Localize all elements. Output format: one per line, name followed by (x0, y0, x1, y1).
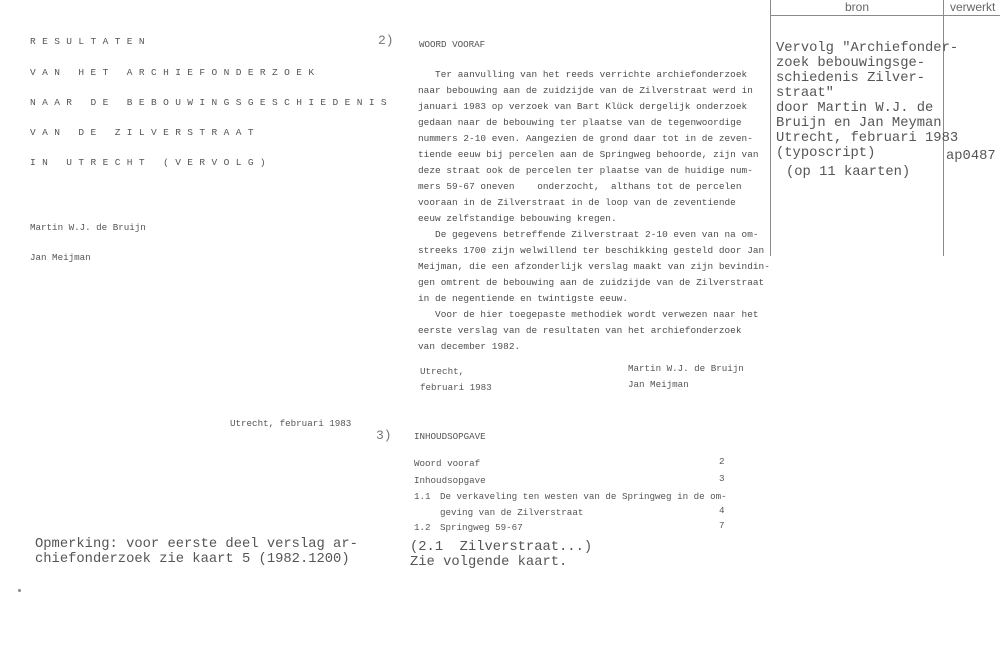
toc-entry-title: Springweg 59-67 (440, 522, 523, 533)
toc-entry-title: geving van de Zilverstraat (440, 507, 583, 518)
place-date: Utrecht, februari 1983 (230, 418, 351, 429)
author-name: Martin W.J. de Bruijn (30, 222, 146, 233)
processed-code: ap0487 (946, 150, 996, 165)
text-line: eeuw zelfstandige bebouwing kregen. (418, 213, 617, 224)
toc-entry-number: 1.2 (414, 522, 431, 533)
author-name: Jan Meijman (30, 252, 91, 263)
toc-entry-title: De verkaveling ten westen van de Springw… (440, 491, 727, 502)
text-line: gedaan naar de bebouwing ter plaatse van… (418, 117, 742, 128)
title-line: RESULTATEN (30, 36, 151, 47)
source-line: Bruijn en Jan Meyman (776, 117, 942, 132)
title-line: VAN HET ARCHIEFONDERZOEK (30, 67, 320, 78)
text-line: gen omtrent de bebouwing aan de zuidzijd… (418, 277, 764, 288)
section-heading: WOORD VOORAF (419, 39, 485, 50)
signature-place: Utrecht, (420, 366, 464, 377)
text-line: De gegevens betreffende Zilverstraat 2-1… (418, 229, 759, 240)
source-line: straat" (776, 87, 834, 102)
text-line: tiende eeuw bij percelen aan de Springwe… (418, 149, 759, 160)
toc-entry-title: Inhoudsopgave (414, 475, 486, 486)
text-line: van december 1982. (418, 341, 520, 352)
page-marker: 2) (378, 33, 394, 48)
source-line: door Martin W.J. de (776, 102, 933, 117)
section-heading: INHOUDSOPGAVE (414, 431, 486, 442)
toc-entry-page: 4 (719, 505, 725, 516)
toc-entry-page: 2 (719, 456, 725, 467)
table-header-rule (770, 15, 1000, 16)
text-line: Meijman, die een afzonderlijk verslag ma… (418, 261, 770, 272)
text-line: Ter aanvulling van het reeds verrichte a… (418, 69, 747, 80)
toc-entry-number: 1.1 (414, 491, 431, 502)
title-line: IN UTRECHT (VERVOLG) (30, 157, 272, 168)
text-line: streeks 1700 zijn welwillend ter beschik… (418, 245, 764, 256)
column-header-source: bron (845, 0, 869, 14)
table-column-divider (943, 0, 944, 256)
text-line: nummers 2-10 even. Aangezien de grond da… (418, 133, 753, 144)
signature-date: februari 1983 (420, 382, 492, 393)
source-line: Utrecht, februari 1983 (776, 132, 958, 147)
source-line: zoek bebouwingsge- (776, 57, 925, 72)
column-header-processed: verwerkt (950, 0, 995, 14)
text-line: Voor de hier toegepaste methodiek wordt … (418, 309, 759, 320)
text-line: januari 1983 op verzoek van Bart Klück d… (418, 101, 747, 112)
continuation-line: Zie volgende kaart. (410, 555, 567, 570)
text-line: in de negentiende en twintigste eeuw. (418, 293, 628, 304)
title-line: VAN DE ZILVERSTRAAT (30, 127, 260, 138)
table-left-border (770, 0, 771, 256)
signature-author: Martin W.J. de Bruijn (628, 363, 744, 374)
text-line: mers 59-67 oneven onderzocht, althans to… (418, 181, 742, 192)
remark-line: Opmerking: voor eerste deel verslag ar- (35, 537, 358, 552)
page-marker: 3) (376, 428, 392, 443)
text-line: eerste verslag van de resultaten van het… (418, 325, 742, 336)
title-line: NAAR DE BEBOUWINGSGESCHIEDENIS (30, 97, 393, 108)
toc-entry-page: 3 (719, 473, 725, 484)
toc-entry-page: 7 (719, 520, 725, 531)
card-count-note: (op 11 kaarten) (786, 166, 910, 181)
continuation-line: (2.1 Zilverstraat...) (410, 540, 592, 555)
signature-author: Jan Meijman (628, 379, 689, 390)
text-line: naar bebouwing aan de zuidzijde van de Z… (418, 85, 753, 96)
remark-line: chiefonderzoek zie kaart 5 (1982.1200) (35, 552, 350, 567)
source-line: Vervolg "Archiefonder- (776, 42, 958, 57)
source-line: (typoscript) (776, 147, 875, 162)
toc-entry-title: Woord vooraf (414, 458, 480, 469)
text-line: deze straat ook de percelen ter plaatse … (418, 165, 753, 176)
stray-mark (18, 589, 21, 592)
text-line: vooraan in de Zilverstraat in de loop va… (418, 197, 736, 208)
source-line: schiedenis Zilver- (776, 72, 925, 87)
